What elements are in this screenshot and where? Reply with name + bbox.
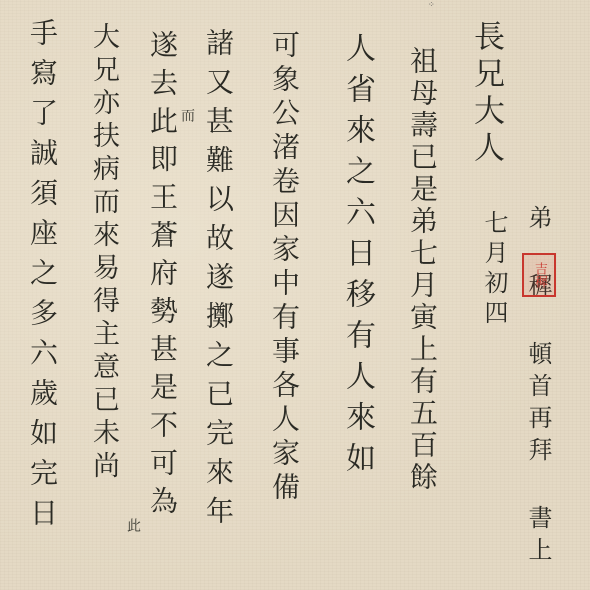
column-1-date: 七月初四: [482, 210, 506, 330]
column-2: 祖母壽已是弟七月寅上有五百餘: [408, 46, 436, 494]
side-note-1: 而: [180, 108, 194, 122]
side-note-2: 此: [126, 518, 140, 532]
red-seal-stamp: 吉穉: [522, 253, 556, 297]
column-4: 可象公渚卷因家中有事各人家備: [270, 30, 298, 506]
column-8: 手寫了誠須座之多六歲如完日: [28, 18, 56, 538]
column-1: 長兄大人: [470, 20, 501, 168]
column-5: 諸又甚難以故遂擲之已完來年: [204, 28, 232, 535]
column-7: 大兄亦扶病而來易得主意已未尚: [90, 22, 117, 484]
ink-speck: ⁘: [428, 0, 435, 9]
column-3: 人省來之六日移有人來如: [342, 32, 372, 483]
column-6: 遂去此即王蒼府勢甚是不可為: [148, 30, 176, 524]
calligraphy-letter: 長兄大人 七月初四 祖母壽已是弟七月寅上有五百餘 人省來之六日移有人來如 可象公…: [0, 0, 590, 590]
